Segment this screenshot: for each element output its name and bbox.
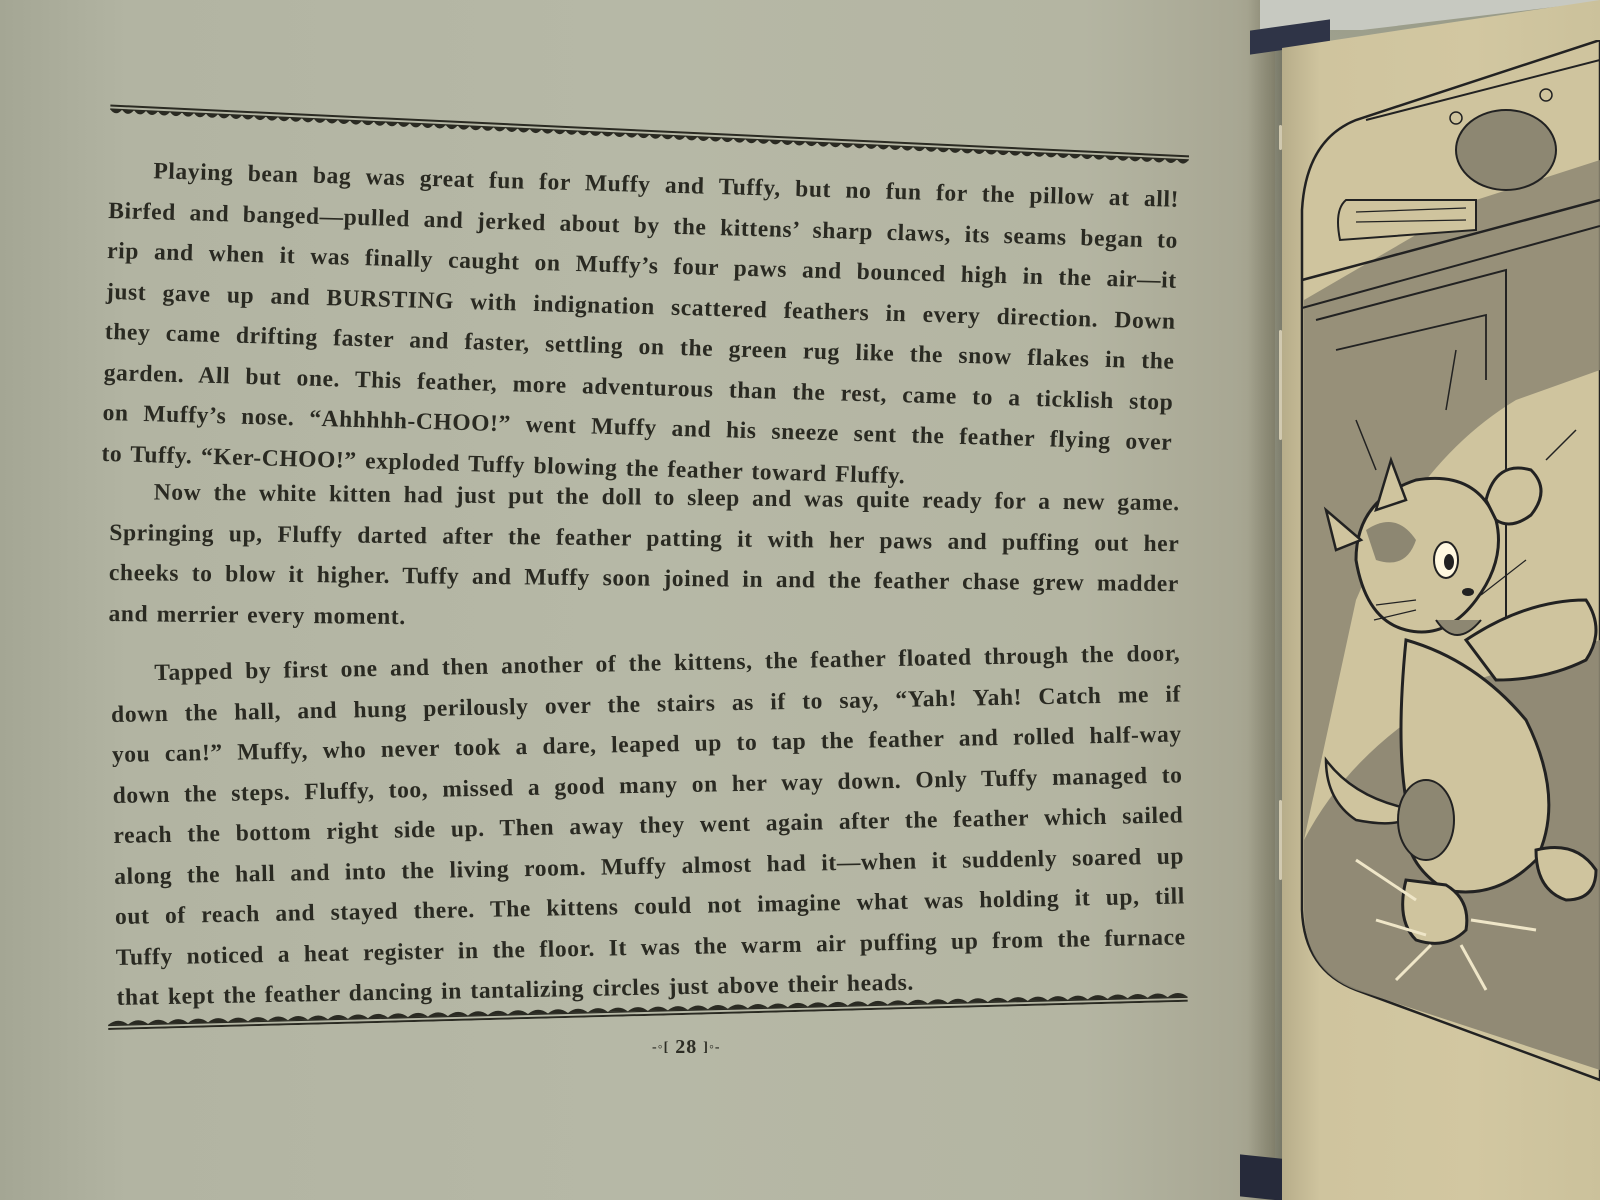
paragraph-2: Now the white kitten had just put the do… — [108, 472, 1180, 645]
page-number: -◦[ 28 ]◦- — [652, 1036, 721, 1059]
left-page: Playing bean bag was great fun for Muffy… — [0, 0, 1275, 1200]
kitten-illustration — [1296, 40, 1600, 1100]
text-block: Playing bean bag was great fun for Muffy… — [110, 104, 1195, 1039]
page-number-ornament-left: -◦[ — [652, 1040, 669, 1055]
story-text: Playing bean bag was great fun for Muffy… — [110, 150, 1180, 1019]
page-number-ornament-right: ]◦- — [703, 1040, 720, 1055]
binding-stitch — [1279, 125, 1282, 150]
paragraph-1: Playing bean bag was great fun for Muffy… — [101, 150, 1180, 504]
page-number-value: 28 — [675, 1036, 697, 1058]
paragraph-3: Tapped by first one and then another of … — [110, 633, 1187, 1018]
binding-stitch — [1279, 330, 1282, 440]
book-spread-photo: Playing bean bag was great fun for Muffy… — [0, 0, 1600, 1200]
binding-stitch — [1279, 800, 1282, 880]
